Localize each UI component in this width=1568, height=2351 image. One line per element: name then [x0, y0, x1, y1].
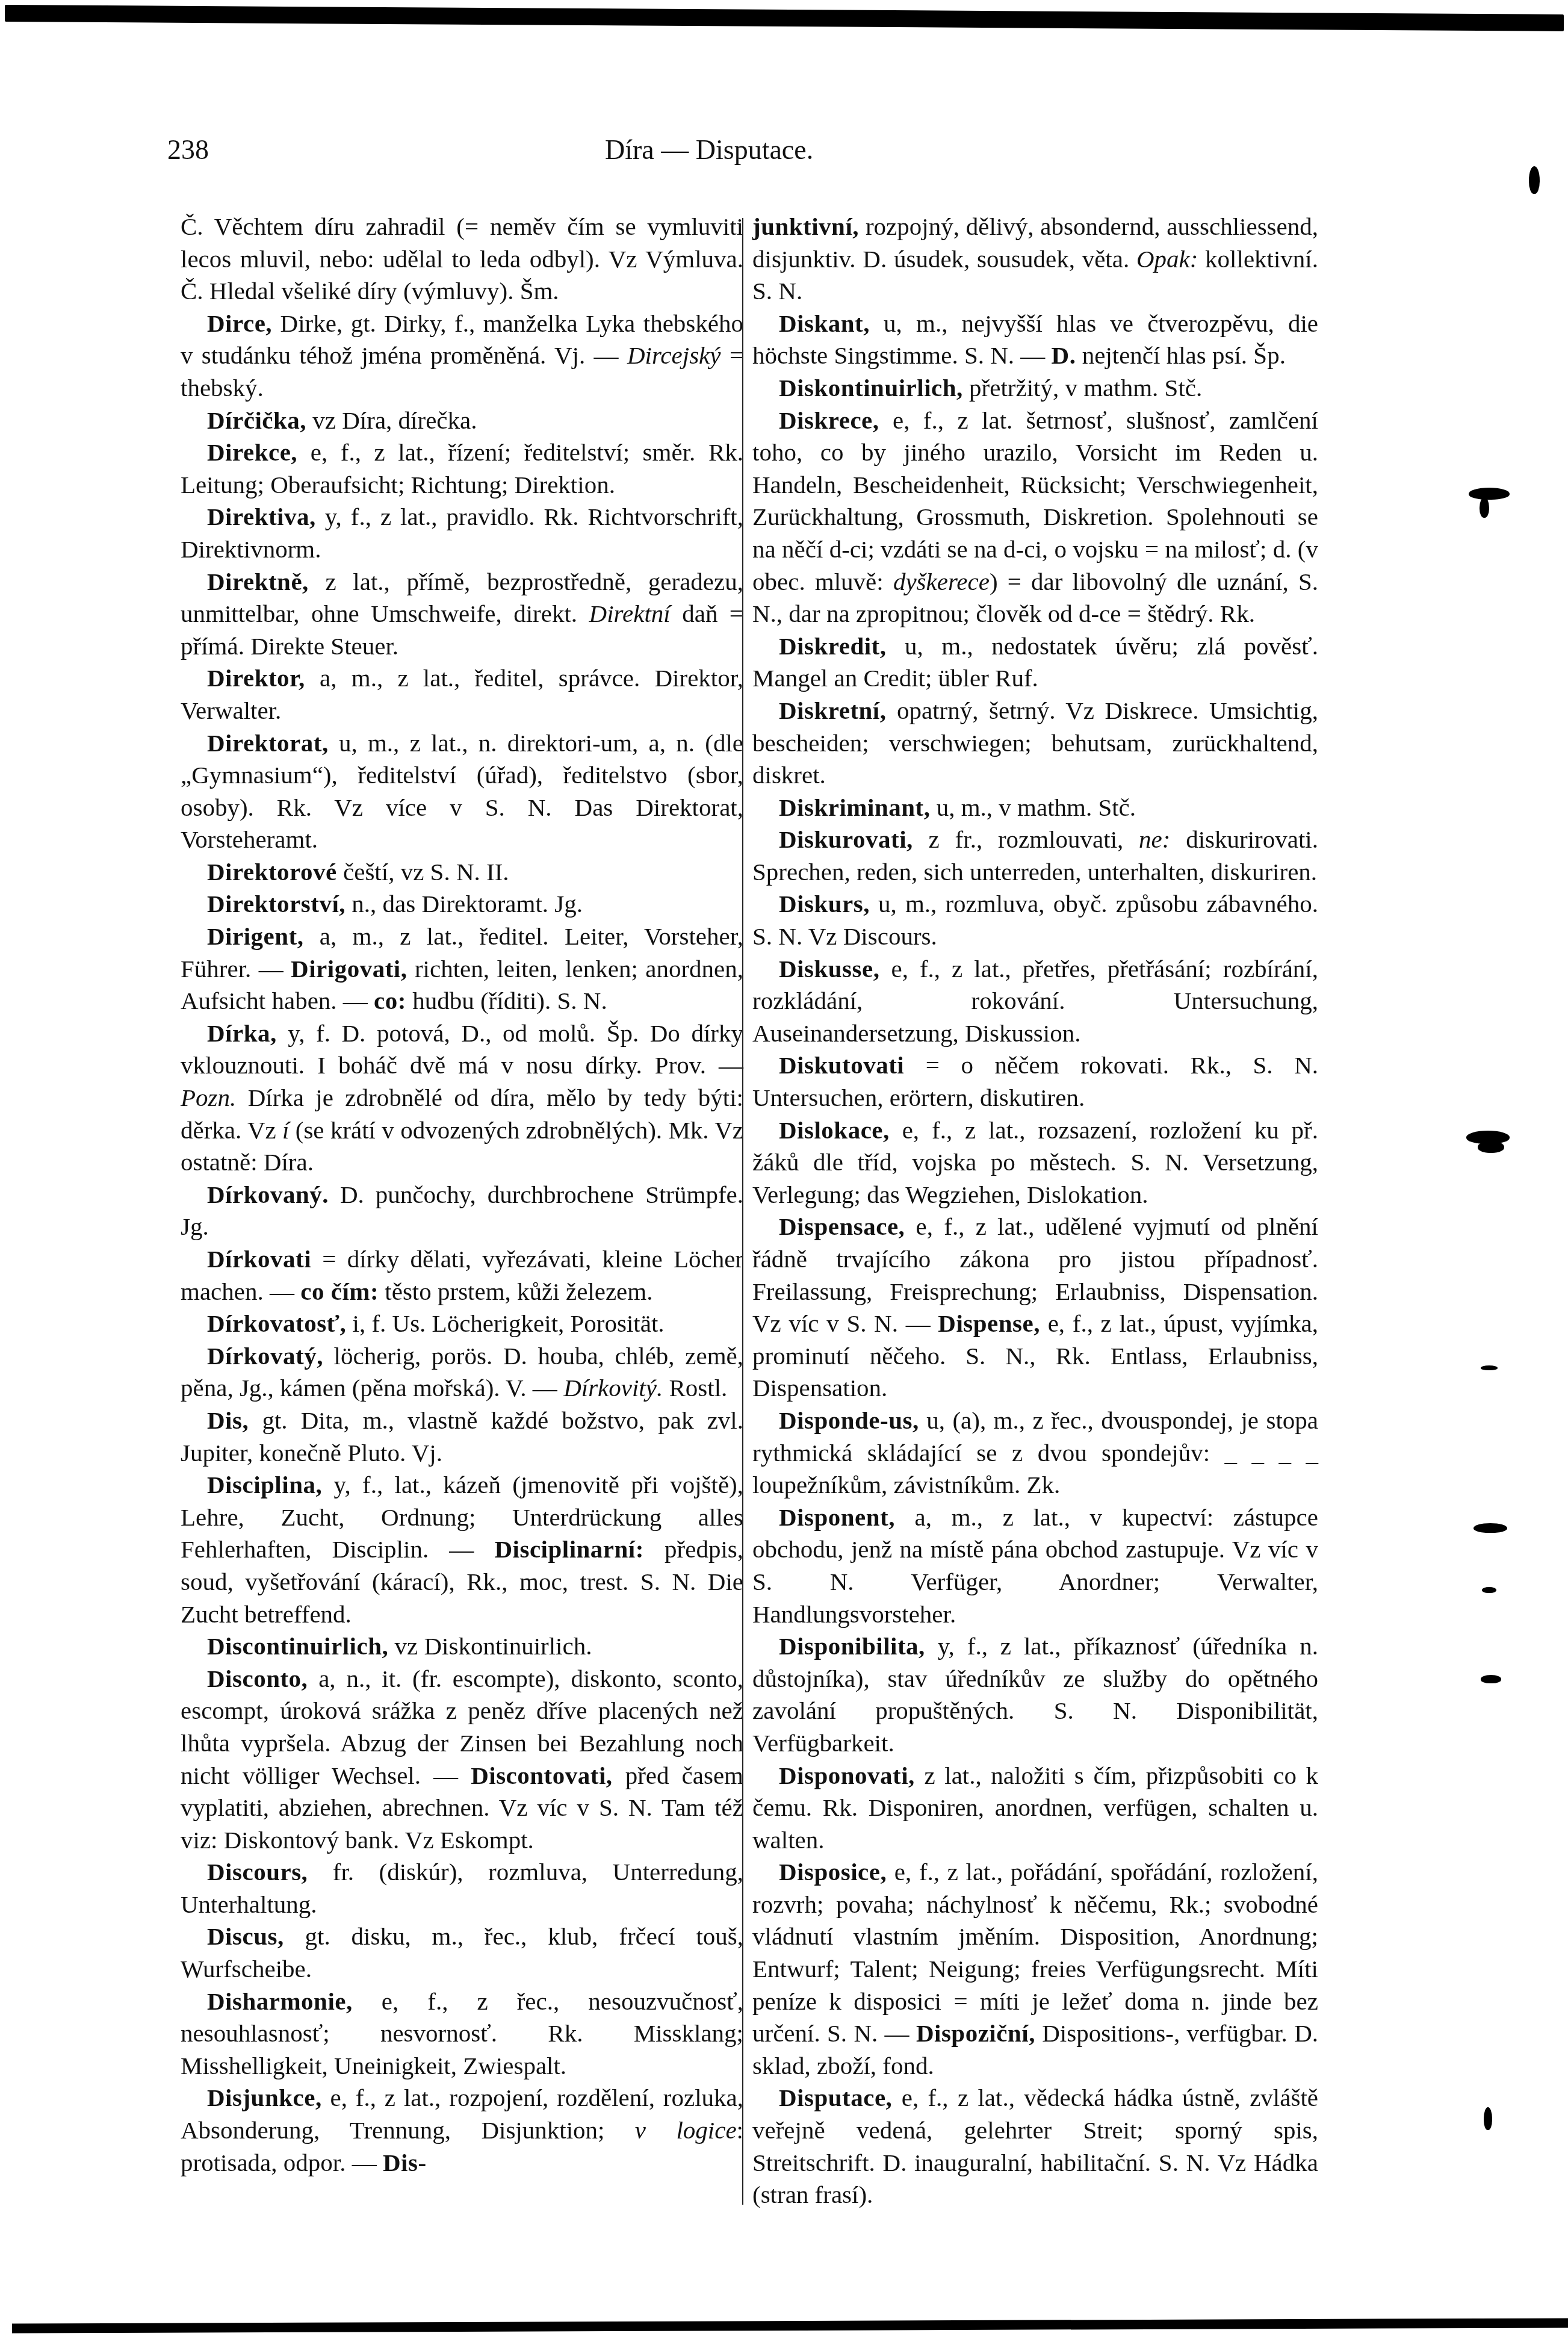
headword: Dirce, [207, 309, 272, 337]
headword: Direktně, [207, 568, 309, 595]
headword: Diskutovati [779, 1051, 904, 1079]
headword: Dispensace, [779, 1213, 905, 1240]
dictionary-entry: Disciplina, y, f., lat., kázeň (jmenovit… [181, 1469, 743, 1630]
entry-text: těsto prstem, kůži železem. [379, 1278, 652, 1305]
dictionary-entry: Diskant, u, m., nejvyšší hlas ve čtveroz… [752, 308, 1318, 372]
margin-ink-mark [1481, 1675, 1501, 1683]
dictionary-entry: Dispensace, e, f., z lat., udělené vyjmu… [752, 1211, 1318, 1405]
dictionary-entry: Discus, gt. disku, m., řec., klub, frčec… [181, 1921, 743, 1985]
entry-text: e, f., z lat. šetrnosť, slušnosť, zamlče… [752, 406, 1318, 595]
headword: Direktiva, [207, 503, 316, 530]
italic-term: í [282, 1116, 289, 1144]
dictionary-entry: Dislokace, e, f., z lat., rozsazení, roz… [752, 1114, 1318, 1211]
dictionary-entry: Dis, gt. Dita, m., vlastně každé božstvo… [181, 1405, 743, 1469]
headword: Diskurovati, [779, 825, 913, 853]
dictionary-entry: Dírkovatosť, i, f. Us. Löcherigkeit, Por… [181, 1308, 743, 1340]
scan-edge-top [5, 5, 1564, 31]
headword: Dispense, [938, 1309, 1040, 1337]
headword: Dis, [207, 1406, 249, 1434]
dictionary-entry: Direktně, z lat., přímě, bezprostředně, … [181, 566, 743, 663]
headword: Disposice, [779, 1858, 887, 1886]
headword: Diskurs, [779, 890, 870, 918]
entry-text: n., das Direktoramt. Jg. [346, 890, 583, 918]
headword: Diskusse, [779, 955, 879, 983]
dictionary-entry: Discours, fr. (diskúr), rozmluva, Unterr… [181, 1856, 743, 1921]
entry-text: i, f. Us. Löcherigkeit, Porosität. [346, 1309, 664, 1337]
headword: Disponent, [779, 1503, 895, 1531]
entry-text: přetržitý, v mathm. Stč. [963, 374, 1202, 402]
right-column: junktivní, rozpojný, dělivý, absondernd,… [752, 211, 1318, 2211]
dictionary-entry: Direkce, e, f., z lat., řízení; ředitels… [181, 436, 743, 501]
headword: Dírkovatosť, [207, 1309, 346, 1337]
dictionary-entry: Diskontinuirlich, přetržitý, v mathm. St… [752, 372, 1318, 405]
dictionary-entry: Dirigent, a, m., z lat., ředitel. Leiter… [181, 921, 743, 1017]
dictionary-entry: Dírkovaný. D. punčochy, durchbrochene St… [181, 1179, 743, 1243]
headword: Diskredit, [779, 632, 887, 660]
headword: Disponibilita, [779, 1632, 925, 1660]
dictionary-entry: Diskutovati = o něčem rokovati. Rk., S. … [752, 1049, 1318, 1114]
margin-ink-mark [1469, 488, 1510, 500]
dictionary-entry: Disharmonie, e, f., z řec., nesouzvučnos… [181, 1986, 743, 2082]
headword: Dírkovati [207, 1245, 311, 1273]
dictionary-entry: Disputace, e, f., z lat., vědecká hádka … [752, 2082, 1318, 2211]
dictionary-entry: Disponde-us, u, (a), m., z řec., dvouspo… [752, 1405, 1318, 1502]
dictionary-entry: Dírkovatý, löcherig, porös. D. houba, ch… [181, 1340, 743, 1405]
entry-text: Rostl. [663, 1374, 727, 1402]
margin-ink-mark [1473, 1523, 1507, 1533]
italic-term: Dírkovitý. [563, 1374, 663, 1402]
margin-ink-mark [1480, 497, 1489, 518]
margin-ink-mark [1484, 2107, 1492, 2130]
entry-text: čeští, vz S. N. II. [337, 858, 509, 886]
headword: Dírka, [207, 1019, 277, 1047]
headword: Dirigovati, [291, 955, 407, 983]
dictionary-entry: Dírkovati = dírky dělati, vyřezávati, kl… [181, 1243, 743, 1308]
headword: Dírkovatý, [207, 1342, 323, 1370]
dictionary-entry: Dírka, y, f. D. potová, D., od molů. Šp.… [181, 1017, 743, 1179]
left-column: Č. Věchtem díru zahradil (= neměv čím se… [181, 211, 743, 2179]
page-number: 238 [167, 134, 209, 166]
entry-text: vz Diskontinuirlich. [388, 1632, 592, 1660]
headword: D. [1052, 341, 1076, 369]
running-title: Díra — Disputace. [605, 134, 813, 166]
margin-ink-mark [1482, 1587, 1496, 1593]
headword: Diskant, [779, 309, 870, 337]
headword: Dírčička, [207, 406, 306, 434]
dictionary-entry: Direktorství, n., das Direktoramt. Jg. [181, 888, 743, 921]
dictionary-entry: Disposice, e, f., z lat., pořádání, spoř… [752, 1856, 1318, 2082]
italic-term: Opak: [1136, 245, 1198, 273]
margin-ink-mark [1481, 1365, 1498, 1370]
headword: Direktor, [207, 664, 305, 692]
dictionary-entry: Diskurs, u, m., rozmluva, obyč. způsobu … [752, 888, 1318, 952]
margin-ink-mark [1529, 166, 1540, 194]
entry-text: hudbu (říditi). S. N. [406, 987, 607, 1014]
entry-text: vz Díra, dírečka. [306, 406, 477, 434]
headword: Diskrece, [779, 406, 879, 434]
headword: junktivní, [752, 213, 859, 240]
dictionary-entry: Disjunkce, e, f., z lat., rozpojení, roz… [181, 2082, 743, 2179]
dictionary-entry: Direktor, a, m., z lat., ředitel, správc… [181, 662, 743, 727]
headword: Diskontinuirlich, [779, 374, 963, 402]
headword: Disharmonie, [207, 1987, 353, 2015]
headword: Disciplinarní: [494, 1535, 643, 1563]
scan-edge-bottom [12, 2318, 1568, 2333]
headword: Discus, [207, 1922, 284, 1950]
dictionary-entry: junktivní, rozpojný, dělivý, absondernd,… [752, 211, 1318, 308]
headword: Disjunkce, [207, 2084, 322, 2111]
dictionary-entry: Direktiva, y, f., z lat., pravidlo. Rk. … [181, 501, 743, 565]
dictionary-entry: Diskretní, opatrný, šetrný. Vz Diskrece.… [752, 695, 1318, 792]
dictionary-entry: Diskrece, e, f., z lat. šetrnosť, slušno… [752, 405, 1318, 630]
headword: Diskretní, [779, 697, 887, 724]
dictionary-entry: Disponovati, z lat., naložiti s čím, při… [752, 1760, 1318, 1857]
headword: Disponde-us, [779, 1406, 919, 1434]
dictionary-entry: Č. Věchtem díru zahradil (= neměv čím se… [181, 211, 743, 308]
italic-term: ne: [1139, 825, 1170, 853]
entry-text: gt. Dita, m., vlastně každé božstvo, pak… [181, 1406, 743, 1467]
dictionary-entry: Disponent, a, m., z lat., v kupectví: zá… [752, 1502, 1318, 1630]
italic-term: Pozn. [181, 1084, 236, 1111]
headword: Disponovati, [779, 1762, 915, 1789]
entry-text: Č. Věchtem díru zahradil (= neměv čím se… [181, 213, 743, 305]
headword: Direktorové [207, 858, 337, 886]
column-divider [742, 218, 743, 2205]
dictionary-entry: Discontinuirlich, vz Diskontinuirlich. [181, 1630, 743, 1663]
headword: Discours, [207, 1858, 308, 1886]
headword: Diskriminant, [779, 794, 930, 821]
italic-term: Dircejský [627, 341, 721, 369]
headword: co: [374, 987, 406, 1014]
italic-term: dyškerece [893, 568, 990, 595]
dictionary-entry: Dirce, Dirke, gt. Dirky, f., manželka Ly… [181, 308, 743, 405]
italic-term: v logice [635, 2116, 737, 2144]
running-head: 238 Díra — Disputace. [0, 134, 1568, 170]
headword: Direktorství, [207, 890, 346, 918]
headword: Dis- [383, 2149, 427, 2176]
margin-ink-mark [1478, 1141, 1504, 1153]
headword: Direktorat, [207, 729, 329, 757]
headword: Disciplina, [207, 1471, 322, 1498]
headword: Disputace, [779, 2084, 892, 2111]
headword: Dispoziční, [916, 2019, 1035, 2047]
dictionary-entry: Direktorové čeští, vz S. N. II. [181, 856, 743, 889]
entry-text: z fr., rozmlouvati, [913, 825, 1139, 853]
dictionary-entry: Disponibilita, y, f., z lat., příkaznosť… [752, 1630, 1318, 1759]
entry-text: u, m., v mathm. Stč. [930, 794, 1136, 821]
headword: Discontinuirlich, [207, 1632, 388, 1660]
headword: Dislokace, [779, 1116, 890, 1144]
headword: Discontovati, [471, 1762, 612, 1789]
headword: Direkce, [207, 438, 297, 466]
dictionary-entry: Direktorat, u, m., z lat., n. direktori-… [181, 727, 743, 856]
italic-term: Direktní [589, 600, 671, 627]
headword: Dirigent, [207, 922, 304, 950]
dictionary-entry: Diskredit, u, m., nedostatek úvěru; zlá … [752, 630, 1318, 695]
headword: Disconto, [207, 1665, 308, 1692]
dictionary-entry: Diskusse, e, f., z lat., přetřes, přetřá… [752, 953, 1318, 1050]
dictionary-entry: Diskriminant, u, m., v mathm. Stč. [752, 792, 1318, 824]
headword: Dírkovaný. [207, 1181, 329, 1208]
entry-text: nejtenčí hlas psí. Šp. [1076, 341, 1285, 369]
dictionary-entry: Dírčička, vz Díra, dírečka. [181, 405, 743, 437]
dictionary-entry: Disconto, a, n., it. (fr. escompte), dis… [181, 1663, 743, 1857]
headword: co čím: [300, 1278, 379, 1305]
dictionary-entry: Diskurovati, z fr., rozmlouvati, ne: dis… [752, 824, 1318, 888]
